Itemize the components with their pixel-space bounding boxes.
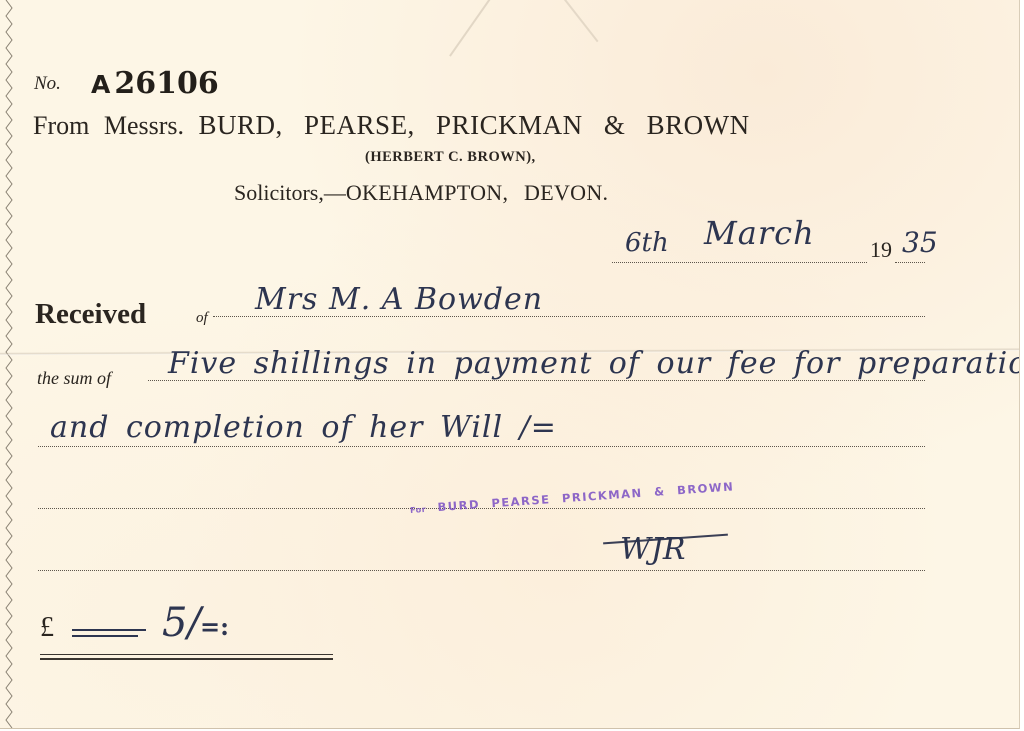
sum-text-line-1: Five shillings in payment of our fee for… — [168, 346, 1020, 381]
firm-rubber-stamp: For BURD PEARSE PRICKMAN & BROWN — [410, 479, 735, 516]
received-label: Received — [35, 298, 146, 331]
paper-fold-crease — [560, 0, 599, 42]
receipt-number-label: No. — [34, 73, 61, 95]
date-year-printed: 19 — [870, 237, 892, 263]
receipt-number-prefix: A — [91, 70, 110, 99]
solicitors-label: Solicitors,— — [234, 180, 346, 205]
receipt-paper: No. A26106 From Messrs. BURD, PEARSE, PR… — [0, 0, 1020, 729]
partner-name: (HERBERT C. BROWN), — [365, 149, 536, 166]
paper-fold-crease — [449, 0, 497, 57]
sum-dotted-line-2 — [38, 446, 925, 447]
firm-address: Solicitors,—OKEHAMPTON, DEVON. — [234, 180, 608, 206]
amount-shillings: 5/ — [162, 600, 201, 646]
total-double-rule — [40, 658, 333, 660]
pound-symbol: £ — [40, 612, 54, 644]
date-dotted-line — [612, 262, 867, 263]
receipt-number: A26106 — [91, 66, 219, 101]
receipt-number-value: 26106 — [114, 66, 218, 101]
from-label: From Messrs. — [33, 111, 184, 140]
signature: WJR — [620, 532, 685, 567]
date-year-handwritten: 35 — [902, 226, 938, 259]
of-label: of — [196, 310, 208, 327]
total-double-rule — [40, 654, 333, 655]
date-day: 6th — [625, 228, 669, 258]
perforated-edge — [4, 0, 14, 728]
stamp-prefix: For — [410, 505, 427, 515]
pounds-nil-dash — [72, 629, 146, 631]
sum-label: the sum of — [37, 368, 111, 389]
pounds-nil-dash — [72, 635, 138, 637]
payer-name: Mrs M. A Bowden — [255, 282, 543, 317]
amount-pence-nil: =: — [200, 612, 229, 641]
date-month: March — [704, 214, 815, 252]
sum-text-line-2: and completion of her Will /= — [50, 410, 557, 445]
firm-name: BURD, PEARSE, PRICKMAN & BROWN — [199, 110, 750, 140]
blank-dotted-line-4 — [38, 570, 925, 571]
firm-town: OKEHAMPTON, DEVON. — [346, 180, 609, 205]
firm-header: From Messrs. BURD, PEARSE, PRICKMAN & BR… — [33, 110, 750, 141]
year-dotted-line — [895, 262, 925, 263]
